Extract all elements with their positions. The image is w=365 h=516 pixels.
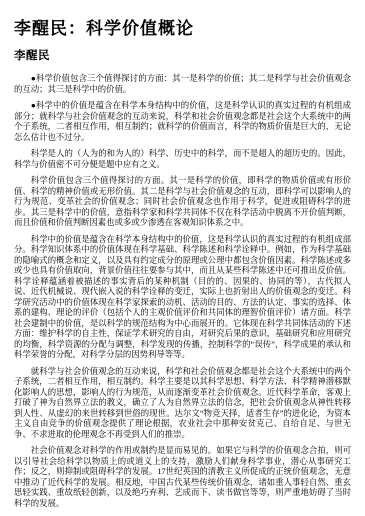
paragraph: 科学是人的（人为的和为人的）科学、历史中的科学，而不是超人的超历史的。因此，科学…: [14, 149, 351, 170]
paragraph: 科学中的价值是蕴含在科学本身结构中的价值，这是科学认识的真实过程的有机组成部分。…: [14, 235, 351, 361]
paragraph: ●科学价值包含三个值得探讨的方面：其一是科学的价值；其二是科学与社会价值观念的互…: [14, 74, 351, 95]
paragraph: 就科学与社会价值观念的互动来说，科学和社会价值观念都是社会这个大系统中的两个子系…: [14, 367, 351, 441]
paragraph: 社会价值观念对科学的作用或制约是显而易见的。如果它与科学的价值观念合拍，则可以引…: [14, 446, 351, 509]
page-title: 李醒民：科学价值概论: [14, 18, 351, 39]
article-body: ●科学价值包含三个值得探讨的方面：其一是科学的价值；其二是科学与社会价值观念的互…: [14, 74, 351, 509]
author-heading: 李醒民: [14, 50, 351, 64]
paragraph: ●科学中的价值是蕴含在科学本身结构中的价值，这是科学认识的真实过程的有机组成部分…: [14, 101, 351, 143]
paragraph: 科学价值包含三个值得探讨的方面。其一是科学的价值，即科学的物质价值或有形价值、科…: [14, 176, 351, 229]
document-page: 李醒民：科学价值概论 李醒民 ●科学价值包含三个值得探讨的方面：其一是科学的价值…: [0, 0, 365, 516]
